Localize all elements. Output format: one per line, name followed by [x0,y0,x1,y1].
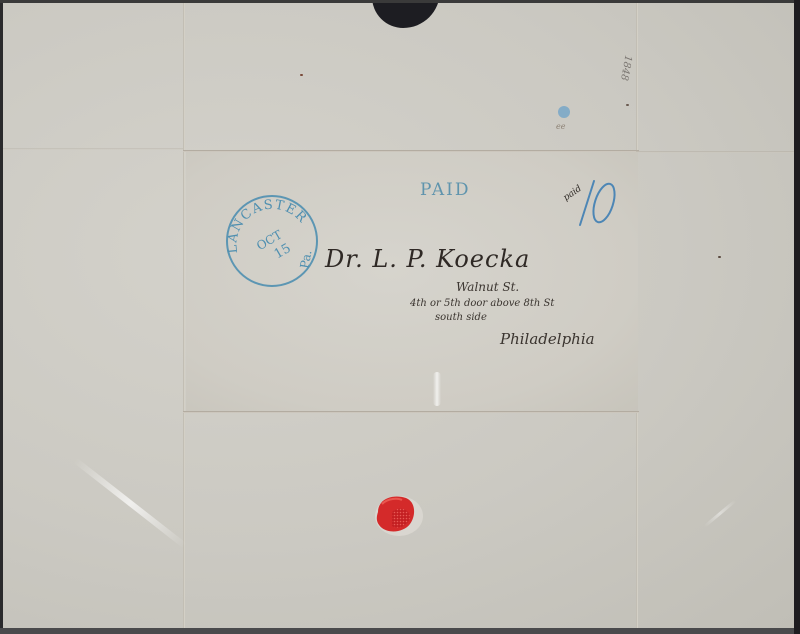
postmark-circle-icon: LANCASTER OCT 15 Pa. [224,193,320,289]
addressee-name: Dr. L. P. Koecka [325,245,530,273]
fold-line-left-flap [3,148,183,150]
rate-marking: paid [560,175,620,235]
paper-speck [718,256,721,258]
scan-border-bottom [0,628,800,634]
faint-pencil-note: ee [556,122,565,131]
address-directions-2: south side [435,312,487,323]
paper-speck [626,104,629,106]
address-city: Philadelphia [500,330,595,348]
wax-seal-icon [372,490,424,538]
paid-handstamp: PAID [420,180,471,200]
fold-line-left [183,0,185,630]
red-wax-seal [372,490,424,538]
fold-line-bottom [183,411,639,413]
fold-line-top [183,150,639,152]
lancaster-postmark: LANCASTER OCT 15 Pa. [224,193,320,289]
glare-reflection [433,372,441,406]
address-street: Walnut St. [456,280,519,294]
rate-paid-note: paid [562,184,584,204]
address-directions-1: 4th or 5th door above 8th St [410,298,554,309]
rate-ten-icon: paid [560,175,620,235]
postmark-state: Pa. [297,249,314,270]
blue-ink-smudge [558,106,570,118]
fold-line-right-flap [636,151,797,153]
scan-border-right [794,0,800,634]
scan-border-top [0,0,800,3]
paper-speck [300,74,303,76]
